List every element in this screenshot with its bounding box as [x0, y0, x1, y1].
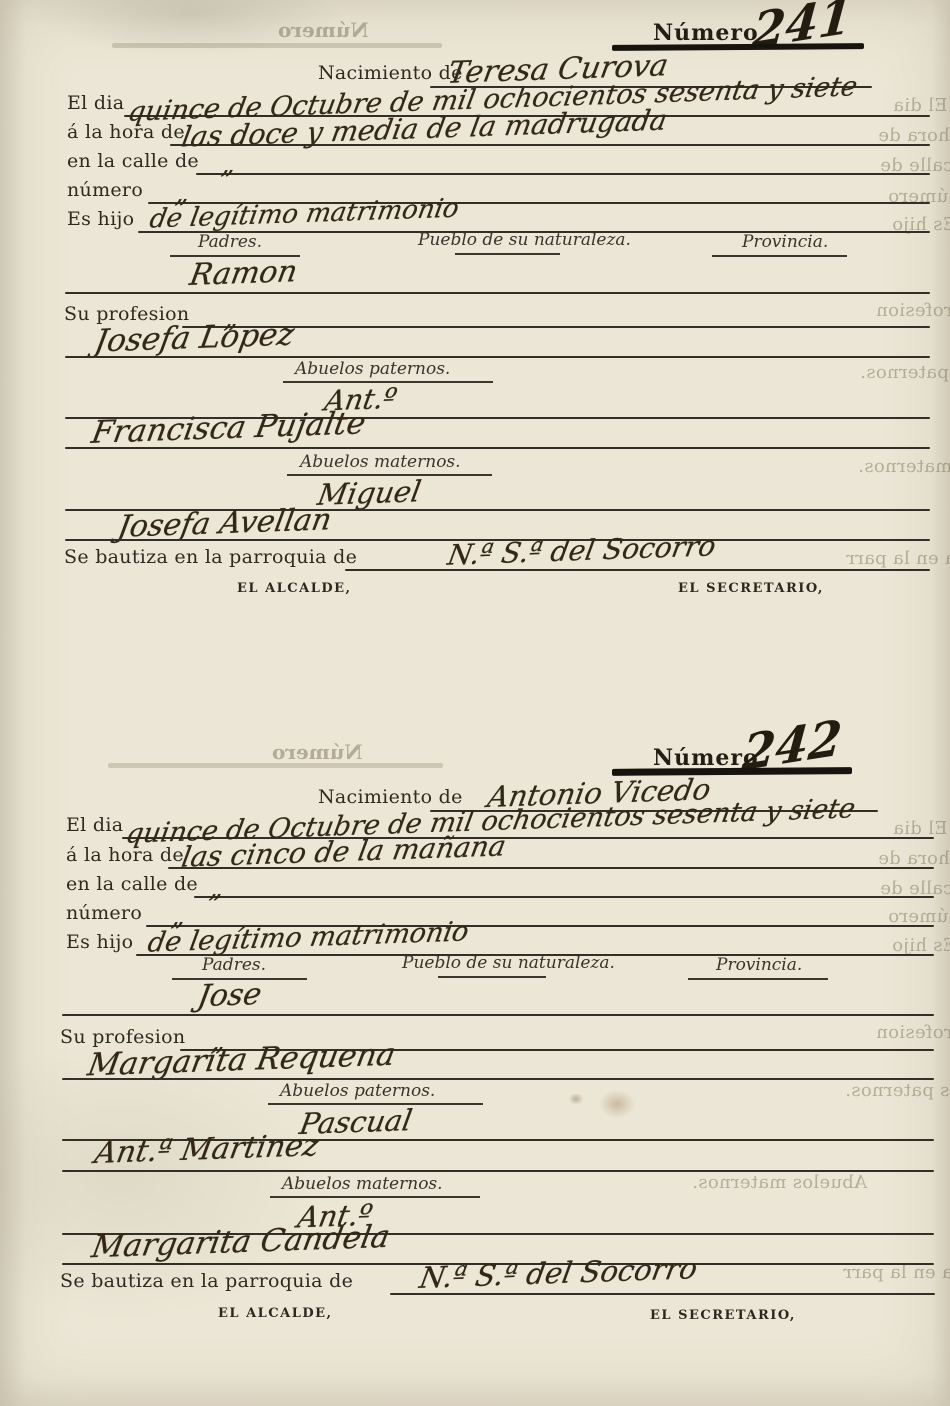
field-line: [62, 1014, 934, 1016]
field-line: [65, 292, 930, 294]
street-value: „: [219, 150, 238, 181]
mother-name-value: Josefa Lopez: [92, 316, 297, 359]
paternal-grandmother-value: Francisca Pujalte: [89, 405, 369, 451]
paternal-grandmother-value: Ant.ª Martinez: [92, 1128, 322, 1171]
field-label-hora: á la hora de: [67, 121, 185, 143]
mayor-signature-label: EL ALCALDE,: [218, 1306, 333, 1321]
field-line: [390, 1293, 935, 1295]
header-underline: [688, 978, 828, 980]
secretary-signature-label: EL SECRETARIO,: [650, 1308, 796, 1323]
column-header-pueblo: Pueblo de su naturaleza.: [402, 953, 615, 973]
field-label-es-hijo: Es hijo: [67, 208, 134, 230]
field-label-el-dia: El dia: [67, 92, 124, 114]
field-line: [65, 356, 930, 358]
column-header-padres: Padres.: [202, 955, 266, 975]
field-label-bautiza: Se bautiza en la parroquia de: [60, 1270, 353, 1292]
section-header-abuelos-paternos: Abuelos paternos.: [295, 359, 450, 379]
field-line: [62, 1078, 934, 1080]
parish-value: N.ª S.ª del Socorro: [445, 529, 718, 572]
field-label-hora: á la hora de: [66, 844, 184, 866]
column-header-pueblo: Pueblo de su naturaleza.: [418, 230, 631, 250]
record-number-label: Número: [653, 20, 759, 46]
header-underline: [455, 253, 560, 255]
field-label-numero-casa: número: [67, 179, 143, 201]
birth-record-1: Número 241 Nacimiento de Teresa Curova E…: [0, 0, 950, 718]
field-label-el-dia: El dia: [66, 814, 123, 836]
header-underline: [438, 976, 546, 978]
field-line: [196, 173, 930, 175]
section-header-abuelos-maternos: Abuelos maternos.: [300, 452, 461, 472]
birth-record-2: Número 242 Nacimiento de Antonio Vicedo …: [0, 718, 950, 1406]
field-line: [345, 569, 930, 571]
street-value: „: [207, 874, 226, 905]
field-label-numero-casa: número: [66, 902, 142, 924]
column-header-provincia: Provincia.: [742, 232, 828, 252]
field-label-nacimiento: Nacimiento de: [318, 62, 463, 84]
field-label-calle: en la calle de: [67, 150, 199, 172]
header-underline: [712, 255, 847, 257]
mayor-signature-label: EL ALCALDE,: [237, 581, 352, 596]
field-line: [65, 447, 930, 449]
parish-value: N.ª S.ª del Socorro: [417, 1251, 700, 1295]
field-label-nacimiento: Nacimiento de: [318, 786, 463, 808]
column-header-padres: Padres.: [198, 232, 262, 252]
father-name-value: Jose: [195, 977, 264, 1014]
field-label-es-hijo: Es hijo: [66, 931, 133, 953]
field-line: [62, 1170, 934, 1172]
column-header-provincia: Provincia.: [716, 955, 802, 975]
field-line: [194, 896, 934, 898]
field-label-bautiza: Se bautiza en la parroquia de: [64, 546, 357, 568]
field-label-calle: en la calle de: [66, 873, 198, 895]
father-name-value: Ramon: [187, 254, 300, 293]
record-number-value: 241: [750, 0, 854, 61]
scanned-register-page: Número El dia á la hora de en la calle d…: [0, 0, 950, 1406]
section-header-abuelos-paternos: Abuelos paternos.: [280, 1081, 435, 1101]
secretary-signature-label: EL SECRETARIO,: [678, 581, 824, 596]
legitimacy-value: de legítimo matrimonio: [147, 194, 461, 235]
section-header-abuelos-maternos: Abuelos maternos.: [282, 1174, 443, 1194]
maternal-grandmother-value: Margarita Candela: [89, 1219, 393, 1266]
